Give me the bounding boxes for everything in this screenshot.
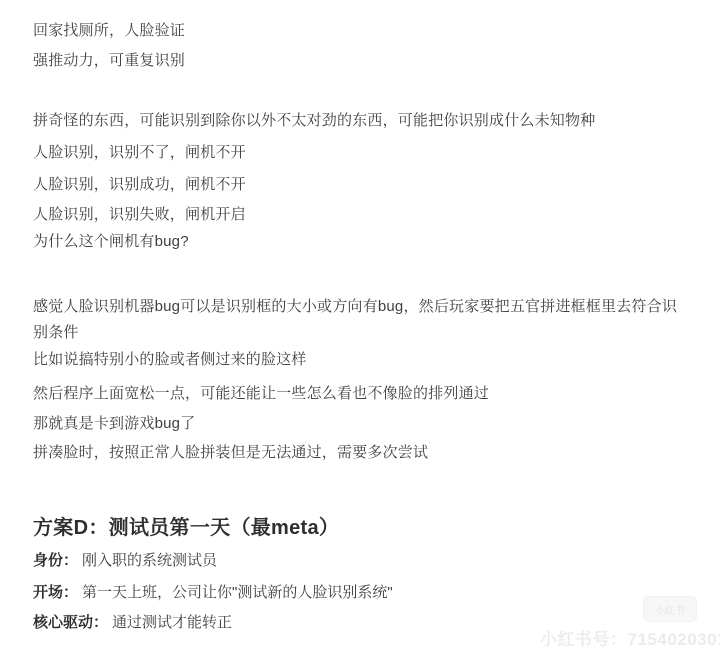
note-line: 为什么这个闸机有bug? xyxy=(33,229,189,255)
field-label: 开场： xyxy=(33,584,78,601)
note-line: 强推动力，可重复识别 xyxy=(33,48,185,74)
note-line: 人脸识别，识别不了，闸机不开 xyxy=(33,140,246,166)
xiaohongshu-logo-label: 小红书 xyxy=(655,602,685,617)
field-label: 核心驱动： xyxy=(33,614,108,631)
xiaohongshu-logo-badge: 小红书 xyxy=(643,596,697,622)
plan-d-heading: 方案D：测试员第一天（最meta） xyxy=(33,513,339,543)
note-line: 然后程序上面宽松一点，可能还能让一些怎么看也不像脸的排列通过 xyxy=(33,381,489,407)
field-value: 第一天上班，公司让你"测试新的人脸识别系统" xyxy=(82,584,393,601)
note-line: 拼奇怪的东西，可能识别到除你以外不太对劲的东西，可能把你识别成什么未知物种 xyxy=(33,108,595,134)
xiaohongshu-id-watermark: 小红书号：7154020301 xyxy=(540,625,720,650)
plan-d-field-opening: 开场：第一天上班，公司让你"测试新的人脸识别系统" xyxy=(33,580,393,606)
note-line: 那就真是卡到游戏bug了 xyxy=(33,411,195,437)
field-value: 刚入职的系统测试员 xyxy=(82,552,217,569)
notes-document: 回家找厕所，人脸验证 强推动力，可重复识别 拼奇怪的东西，可能识别到除你以外不太… xyxy=(0,0,720,666)
note-line: 比如说搞特别小的脸或者侧过来的脸这样 xyxy=(33,347,307,373)
note-line: 感觉人脸识别机器bug可以是识别框的大小或方向有bug，然后玩家要把五官拼进框框… xyxy=(33,294,691,346)
note-line: 拼凑脸时，按照正常人脸拼装但是无法通过，需要多次尝试 xyxy=(33,440,428,466)
field-label: 身份： xyxy=(33,552,78,569)
note-line: 人脸识别，识别失败，闸机开启 xyxy=(33,202,246,228)
plan-d-field-identity: 身份：刚入职的系统测试员 xyxy=(33,548,217,574)
plan-d-field-core-drive: 核心驱动：通过测试才能转正 xyxy=(33,610,232,636)
note-line: 人脸识别，识别成功，闸机不开 xyxy=(33,172,246,198)
note-line: 回家找厕所，人脸验证 xyxy=(33,18,185,44)
field-value: 通过测试才能转正 xyxy=(112,614,232,631)
